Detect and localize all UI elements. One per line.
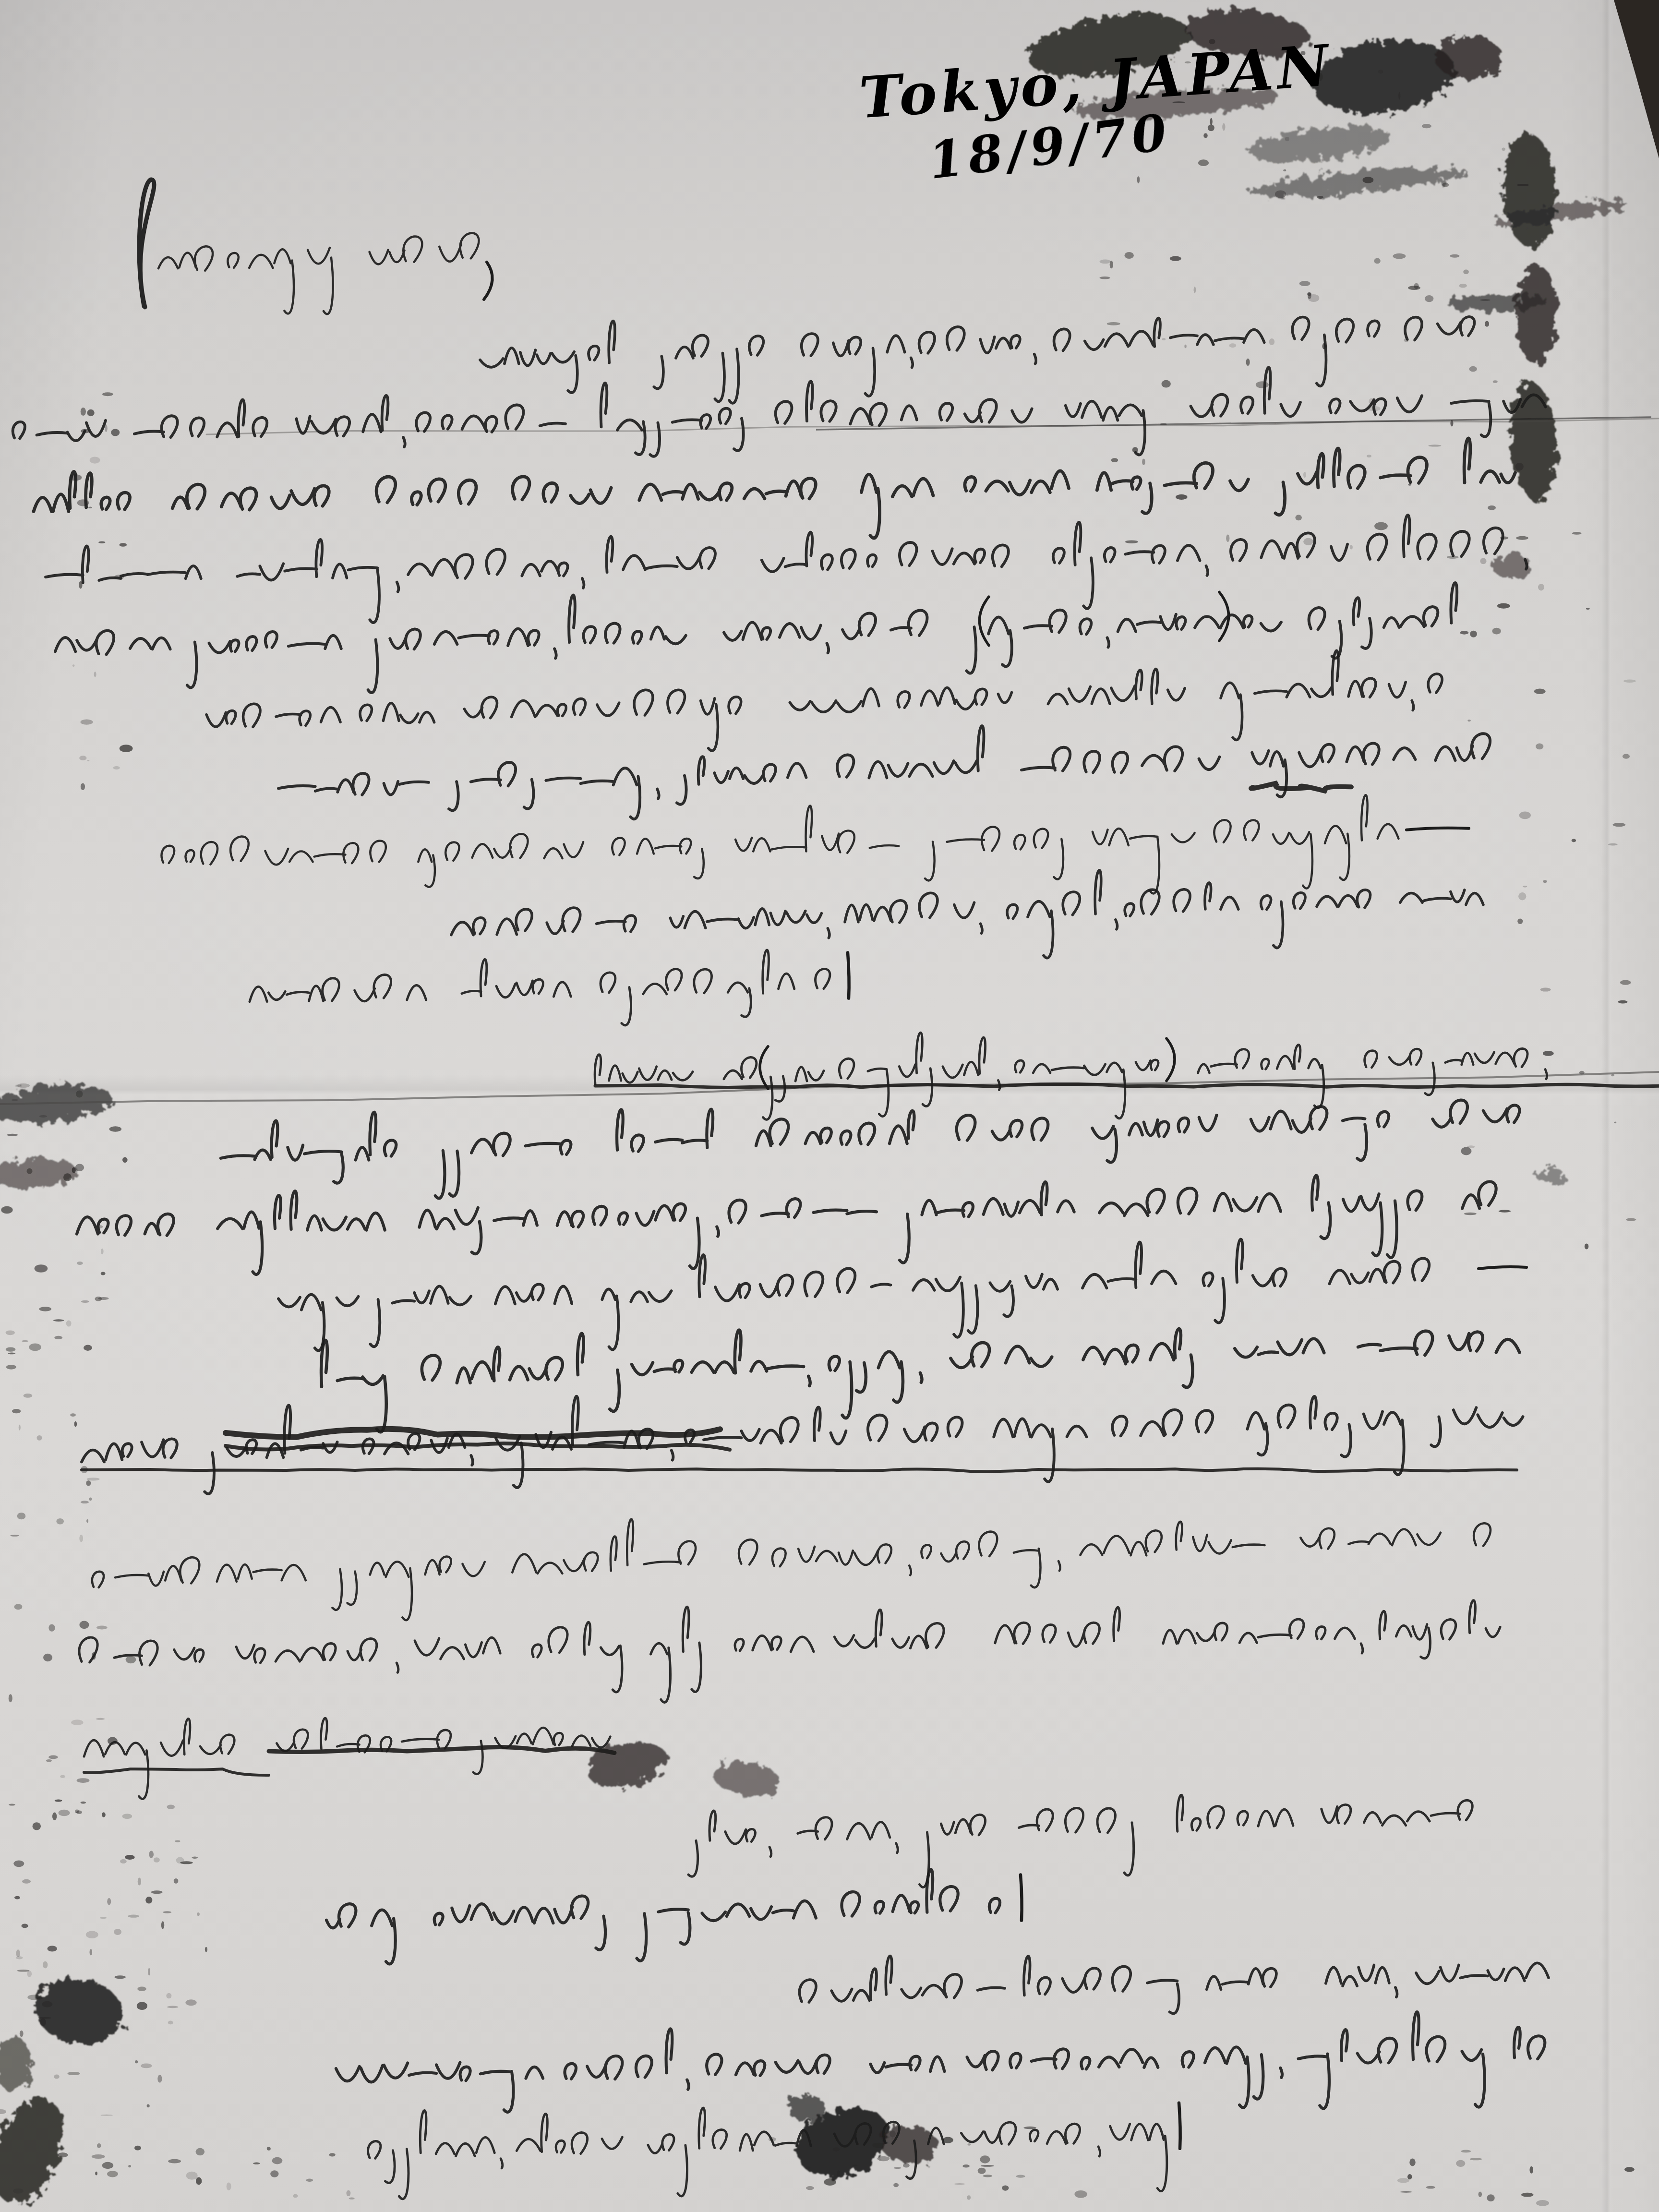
- handwriting-body: [13, 180, 1651, 2199]
- toner-speckles: [0, 39, 1636, 2206]
- page-corner-background: [1614, 0, 1659, 158]
- ink-layer: Tokyo, JAPAN 18/9/70: [0, 0, 1659, 2212]
- scanned-letter-photo: Tokyo, JAPAN 18/9/70: [0, 0, 1659, 2212]
